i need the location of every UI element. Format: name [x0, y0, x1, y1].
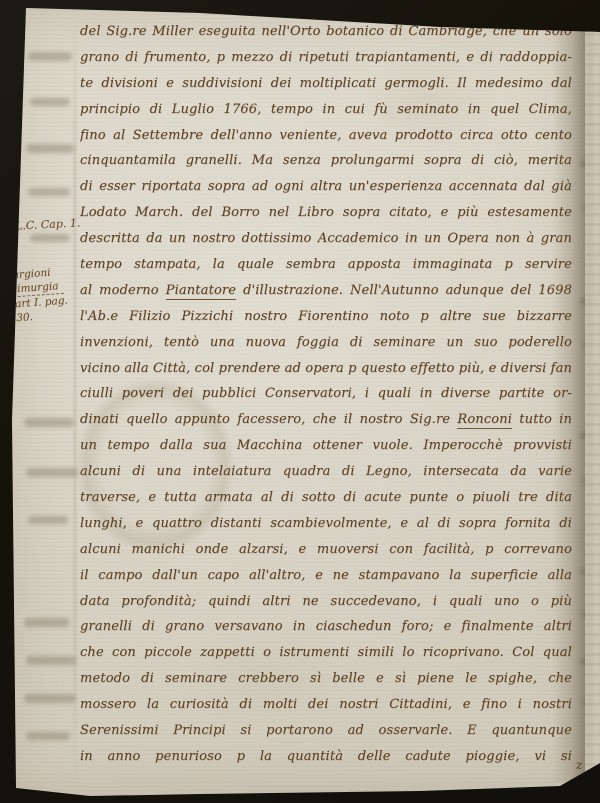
bleedthrough-smudge — [26, 468, 78, 477]
manuscript-line: al moderno Piantatore d'illustrazione. N… — [80, 283, 572, 309]
manuscript-line: un tempo dalla sua Macchina ottener vuol… — [80, 438, 572, 464]
manuscript-line: principio di Luglio 1766, tempo in cui f… — [80, 102, 572, 128]
manuscript-line: traverse, e tutta armata al di sotto di … — [80, 490, 572, 516]
manuscript-line: invenzioni, tentò una nuova foggia di se… — [80, 335, 572, 361]
manuscript-line: in anno penurioso p la quantità delle ca… — [80, 749, 572, 775]
bleedthrough-smudge — [26, 656, 76, 665]
manuscript-line: mossero la curiosità di molti dei nostri… — [80, 697, 572, 723]
bleedthrough-smudge — [28, 516, 68, 524]
manuscript-line: data profondità; quindi altri ne succede… — [80, 594, 572, 620]
manuscript-line: il campo dall'un capo all'altro, e ne st… — [80, 568, 572, 594]
manuscript-line: lunghi, e quattro distanti scambievolmen… — [80, 516, 572, 542]
manuscript-line: tempo stampata, la quale sembra apposta … — [80, 257, 572, 283]
bleedthrough-smudge — [24, 418, 74, 427]
margin-note-reference: Targioni alimurgia Part I. pag. 230. — [6, 263, 88, 325]
manuscript-line: Serenissimi Principi si portarono ad oss… — [80, 723, 572, 749]
bleedthrough-smudge — [28, 188, 70, 196]
manuscript-line: fino al Settembre dell'anno veniente, av… — [80, 128, 572, 154]
bleedthrough-smudge — [30, 234, 70, 242]
manuscript-line: l'Ab.e Filizio Pizzichi nostro Fiorentin… — [80, 309, 572, 335]
bleedthrough-smudge — [26, 144, 74, 153]
bleedthrough-smudge — [28, 52, 72, 61]
bleedthrough-smudge — [30, 98, 70, 106]
stacked-pages-edge — [585, 26, 600, 774]
bleedthrough-smudge — [26, 732, 70, 740]
catchword-mark: z — [576, 758, 582, 772]
margin-note-page: Part I. pag. 230. — [8, 292, 88, 325]
manuscript-line: di esser riportata sopra ad ogni altra u… — [80, 179, 572, 205]
manuscript-line: te divisioni e suddivisioni dei moltipli… — [80, 76, 572, 102]
manuscript-line: grano di frumento, p mezzo di ripetuti t… — [80, 50, 572, 76]
manuscript-page: L.C. Cap. 1. Targioni alimurgia Part I. … — [0, 0, 600, 803]
bleedthrough-smudge — [24, 694, 76, 703]
manuscript-line: del Sig.re Miller eseguita nell'Orto bot… — [80, 24, 572, 50]
manuscript-line: metodo di seminare crebbero sì belle e s… — [80, 671, 572, 697]
manuscript-line: che con piccole zappetti o istrumenti si… — [80, 645, 572, 671]
margin-note-citation: L.C. Cap. 1. — [15, 216, 81, 232]
manuscript-line: alcuni manichi onde alzarsi, e muoversi … — [80, 542, 572, 568]
manuscript-line: cinquantamila granelli. Ma senza prolung… — [80, 153, 572, 179]
manuscript-photo: L.C. Cap. 1. Targioni alimurgia Part I. … — [0, 0, 600, 803]
manuscript-line: ciulli poveri dei pubblici Conservatori,… — [80, 386, 572, 412]
manuscript-line: descritta da un nostro dottissimo Accade… — [80, 231, 572, 257]
manuscript-line: granelli di grano versavano in ciaschedu… — [80, 619, 572, 645]
bleedthrough-smudge — [24, 618, 70, 627]
manuscript-line: alcuni di una intelaiatura quadra di Leg… — [80, 464, 572, 490]
manuscript-line: dinati quello appunto facessero, che il … — [80, 412, 572, 438]
manuscript-line: Lodato March. del Borro nel Libro sopra … — [80, 205, 572, 231]
manuscript-lines: del Sig.re Miller eseguita nell'Orto bot… — [80, 24, 572, 775]
left-crease-line — [74, 10, 76, 790]
manuscript-line: vicino alla Città, col prendere ad opera… — [80, 361, 572, 387]
